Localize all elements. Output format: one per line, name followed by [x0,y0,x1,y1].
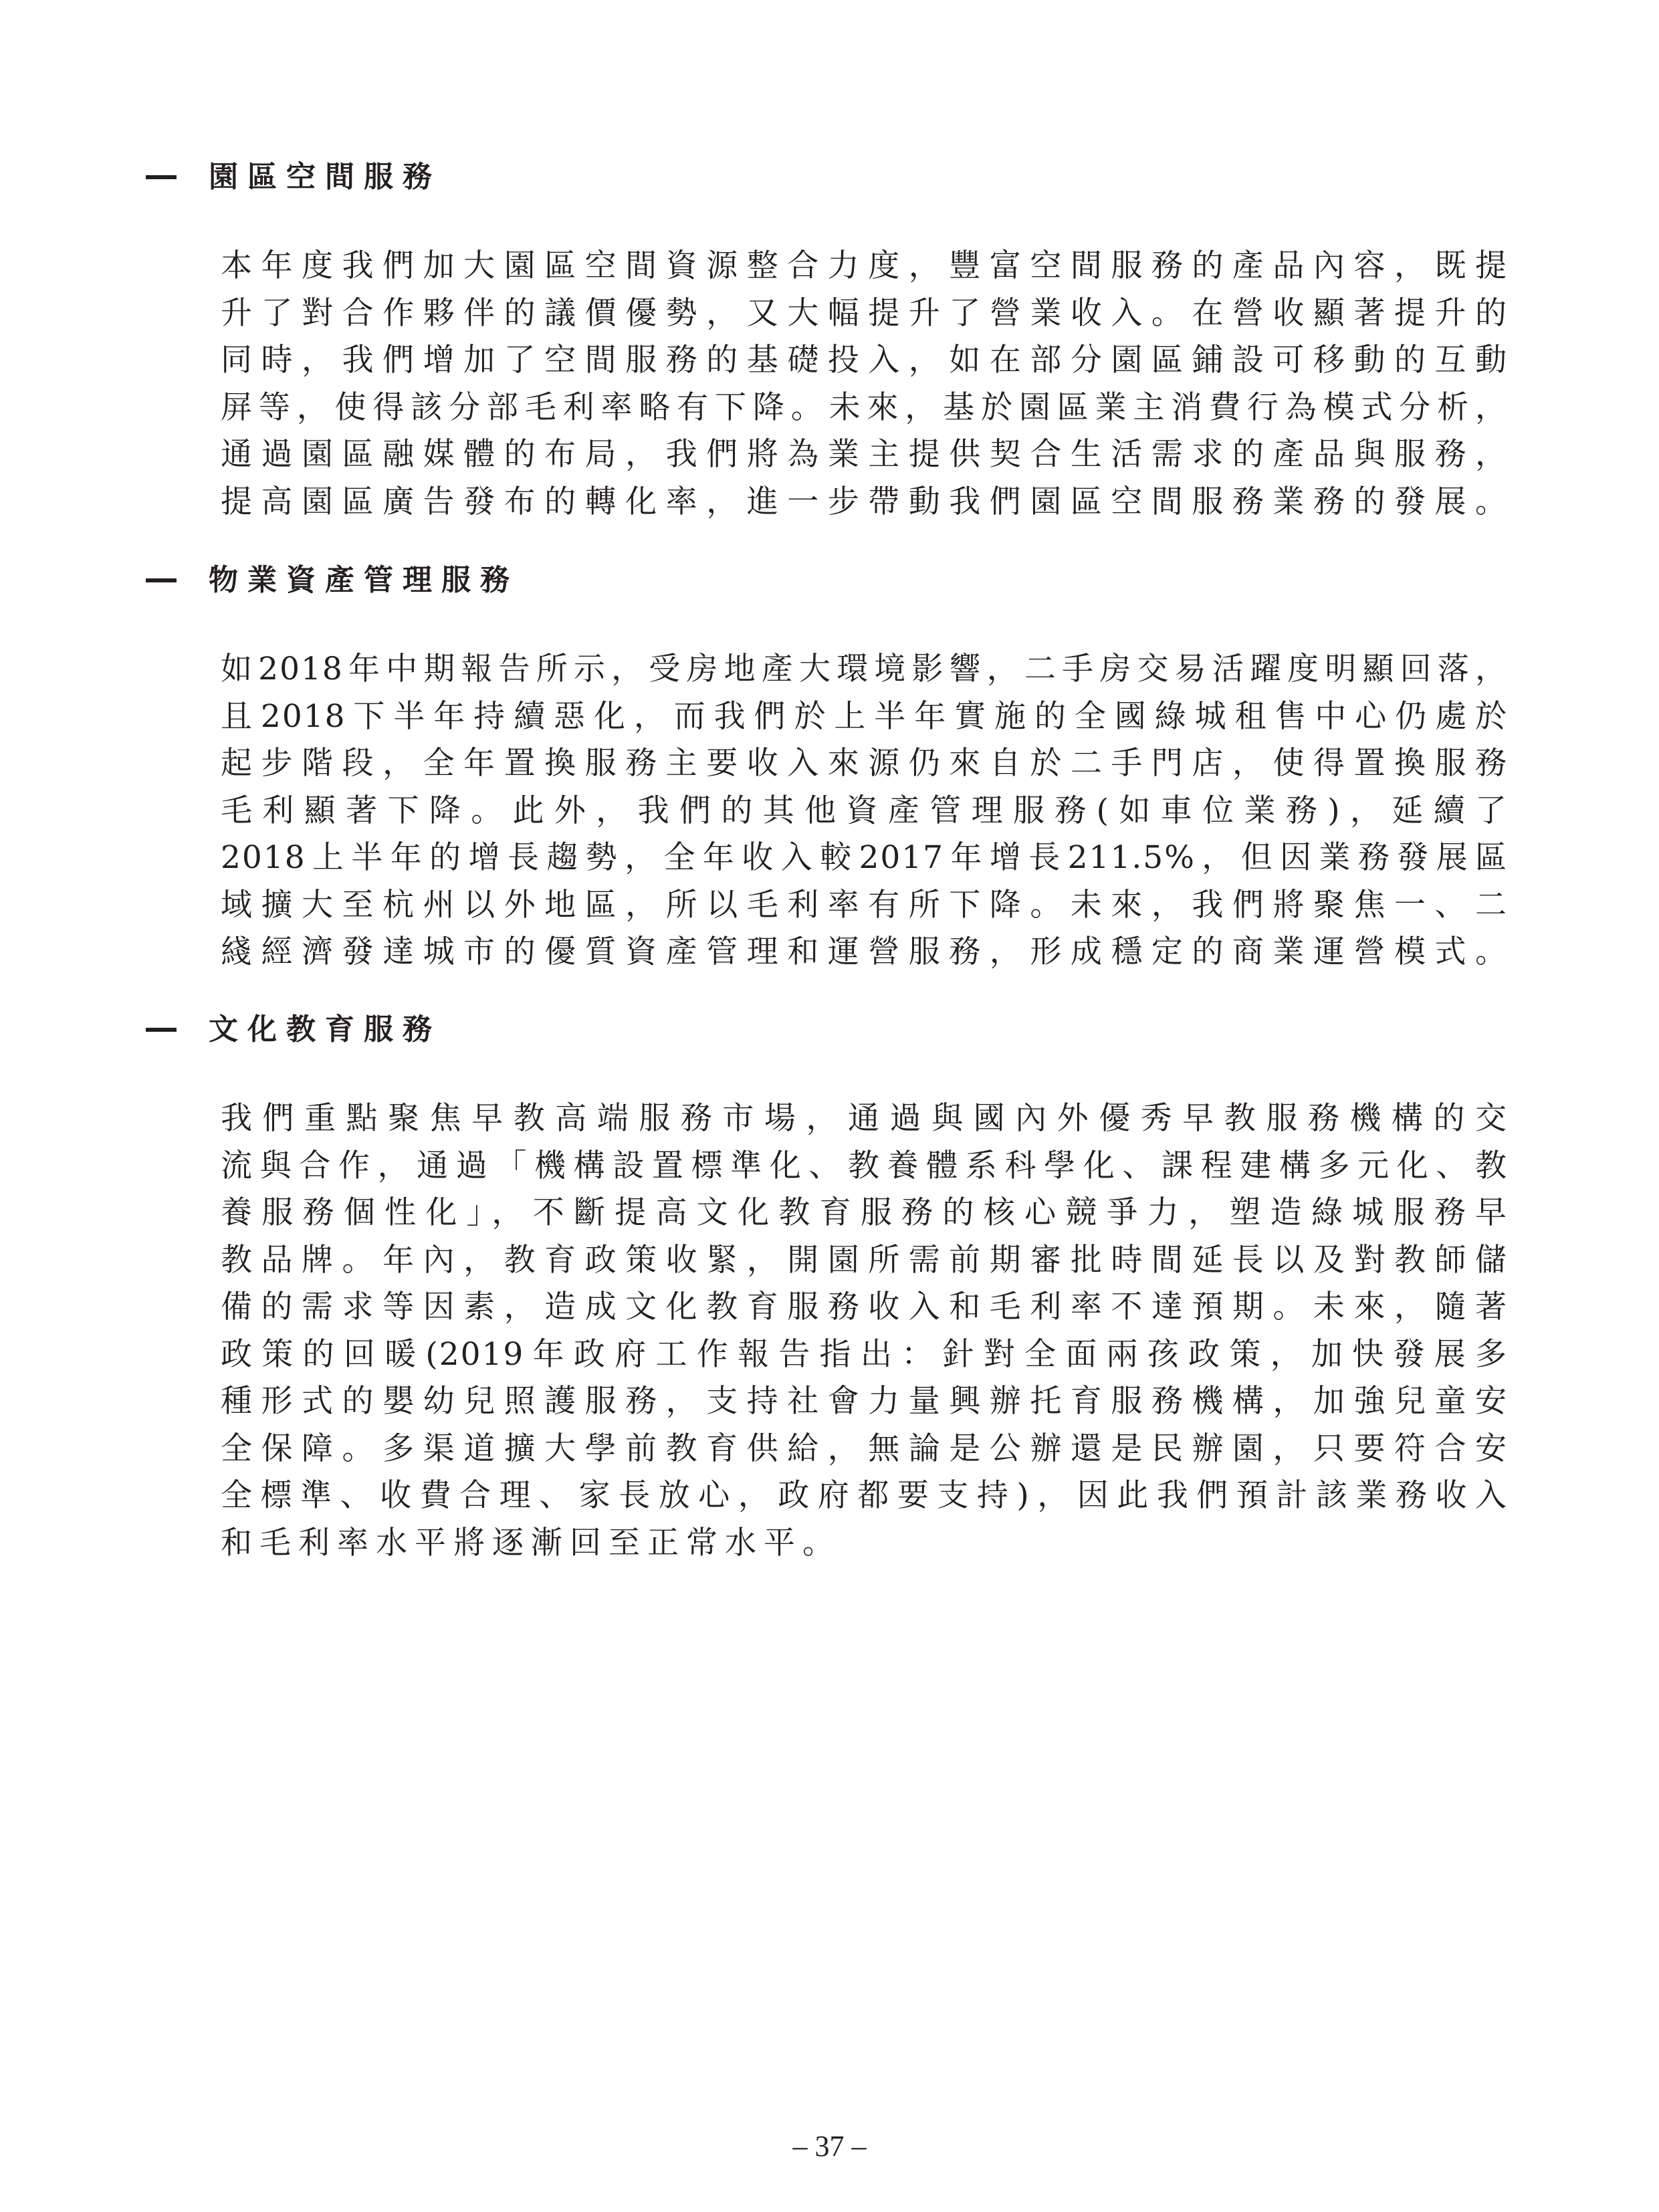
paragraph-line: 政策的回暖(2019年政府工作報告指出：針對全面兩孩政策，加快發展多 [221,1331,1508,1379]
section-title: 物業資產管理服務 [209,554,519,607]
paragraph-line: 種形式的嬰幼兒照護服務，支持社會力量興辦托育服務機構，加強兒童安 [221,1378,1508,1426]
paragraph-line: 和毛利率水平將逐漸回至正常水平。 [221,1520,1508,1567]
section-paragraph: 本年度我們加大園區空間資源整合力度，豐富空間服務的產品內容，既提 升了對合作夥伴… [221,243,1508,526]
section-paragraph: 我們重點聚焦早教高端服務市場，通過與國內外優秀早教服務機構的交 流與合作，通過「… [221,1095,1508,1567]
section-paragraph: 如2018年中期報告所示，受房地產大環境影響，二手房交易活躍度明顯回落， 且20… [221,646,1508,976]
section-heading: 物業資產管理服務 [146,554,519,607]
paragraph-line: 域擴大至杭州以外地區，所以毛利率有所下降。未來，我們將聚焦一、二 [221,882,1508,929]
paragraph-line: 備的需求等因素，造成文化教育服務收入和毛利率不達預期。未來，隨著 [221,1284,1508,1331]
paragraph-line: 教品牌。年內，教育政策收緊，開園所需前期審批時間延長以及對教師儲 [221,1237,1508,1285]
paragraph-line: 起步階段，全年置換服務主要收入來源仍來自於二手門店，使得置換服務 [221,740,1508,788]
paragraph-line: 屏等，使得該分部毛利率略有下降。未來，基於園區業主消費行為模式分析， [221,384,1508,432]
bullet-dash-icon [146,175,177,179]
paragraph-line: 升了對合作夥伴的議價優勢，又大幅提升了營業收入。在營收顯著提升的 [221,290,1508,338]
paragraph-line: 且2018下半年持續惡化，而我們於上半年實施的全國綠城租售中心仍處於 [221,693,1508,741]
document-page: 園區空間服務 本年度我們加大園區空間資源整合力度，豐富空間服務的產品內容，既提 … [0,0,1659,2212]
bullet-dash-icon [146,1028,177,1032]
paragraph-line: 通過園區融媒體的布局，我們將為業主提供契合生活需求的產品與服務， [221,431,1508,479]
paragraph-line: 我們重點聚焦早教高端服務市場，通過與國內外優秀早教服務機構的交 [221,1095,1508,1143]
section-title: 園區空間服務 [209,150,441,204]
bullet-dash-icon [146,578,177,582]
paragraph-line: 全保障。多渠道擴大學前教育供給，無論是公辦還是民辦園，只要符合安 [221,1426,1508,1473]
paragraph-line: 流與合作，通過「機構設置標準化、教養體系科學化、課程建構多元化、教 [221,1143,1508,1190]
paragraph-line: 養服務個性化」，不斷提高文化教育服務的核心競爭力，塑造綠城服務早 [221,1190,1508,1237]
paragraph-line: 本年度我們加大園區空間資源整合力度，豐富空間服務的產品內容，既提 [221,243,1508,290]
paragraph-line: 同時，我們增加了空間服務的基礎投入，如在部分園區鋪設可移動的互動 [221,337,1508,384]
paragraph-line: 提高園區廣告發布的轉化率，進一步帶動我們園區空間服務業務的發展。 [221,479,1508,526]
section-heading: 文化教育服務 [146,1003,441,1057]
section-heading: 園區空間服務 [146,150,441,204]
paragraph-line: 毛利顯著下降。此外，我們的其他資產管理服務(如車位業務)，延續了 [221,788,1508,835]
paragraph-line: 2018上半年的增長趨勢，全年收入較2017年增長211.5%，但因業務發展區 [221,835,1508,882]
paragraph-line: 全標準、收費合理、家長放心，政府都要支持)，因此我們預計該業務收入 [221,1472,1508,1520]
section-title: 文化教育服務 [209,1003,441,1057]
paragraph-line: 綫經濟發達城市的優質資產管理和運營服務，形成穩定的商業運營模式。 [221,929,1508,976]
paragraph-line: 如2018年中期報告所示，受房地產大環境影響，二手房交易活躍度明顯回落， [221,646,1508,693]
page-number: – 37 – [0,2126,1659,2167]
